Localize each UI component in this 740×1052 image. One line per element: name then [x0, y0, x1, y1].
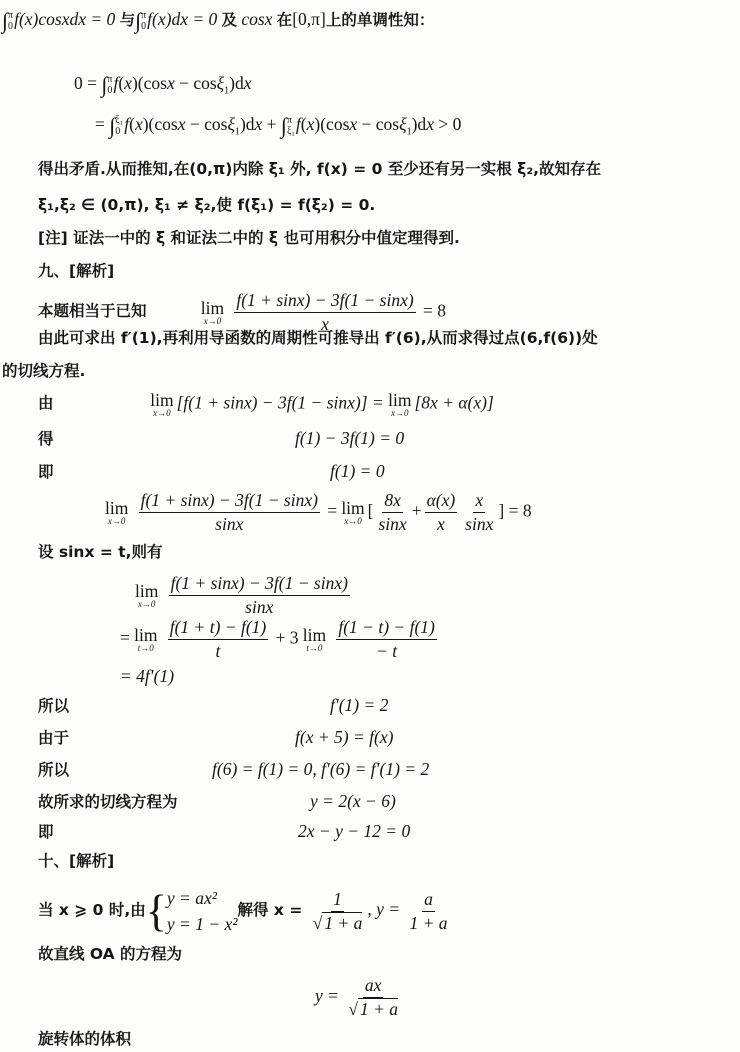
- int-lower: 0: [107, 85, 112, 96]
- label: 由: [38, 394, 146, 413]
- label: 所以: [38, 761, 69, 780]
- fraction: f(1 + sinx) − 3f(1 − sinx)sinx: [139, 490, 320, 535]
- lim-sub: x→0: [344, 516, 362, 527]
- label: 故所求的切线方程为: [38, 793, 178, 812]
- math: f(6) = f(1) = 0, f′(6) = f′(1) = 2: [212, 759, 429, 780]
- numerator: α(x): [425, 490, 458, 513]
- math: [f(1 + sinx) − 3f(1 − sinx)] =: [177, 392, 389, 412]
- fraction: 8xsinx: [376, 490, 408, 535]
- denominator: √1 + a: [311, 912, 365, 934]
- t-limit-1: limx→0 f(1 + sinx) − 3f(1 − sinx)sinx: [135, 573, 353, 618]
- limit: limx→0: [150, 390, 173, 419]
- lim-sub: x→0: [153, 408, 171, 419]
- lim-sub: x→0: [138, 599, 156, 610]
- math: y = 2(x − 6): [310, 791, 396, 812]
- fraction: 1√1 + a: [311, 889, 365, 934]
- big-limit: limx→0 f(1 + sinx) − 3f(1 − sinx)sinx = …: [105, 490, 532, 535]
- numerator: f(1 + sinx) − 3f(1 − sinx): [169, 573, 350, 596]
- text: 解得 x =: [238, 901, 308, 919]
- numerator: f(1 + t) − f(1): [168, 617, 269, 640]
- math: f(x)dx = 0: [147, 9, 217, 29]
- fraction: f(1 + t) − f(1)t: [168, 617, 269, 662]
- denominator: t: [214, 640, 223, 662]
- numerator: ax: [363, 975, 384, 998]
- denominator: sinx: [376, 513, 408, 535]
- int-lower: ξ₁: [287, 126, 295, 137]
- limit: limx→0: [201, 298, 224, 327]
- numerator: f(1 + sinx) − 3f(1 − sinx): [234, 290, 415, 313]
- text: 当 x ⩾ 0 时,由: [38, 901, 146, 919]
- math: f′(1) = 2: [330, 695, 388, 716]
- int-lower: 0: [141, 21, 146, 32]
- paragraph: 旋转体的体积: [38, 1030, 131, 1049]
- label: 即: [38, 823, 54, 842]
- int-upper: π: [287, 115, 295, 126]
- label: 由于: [38, 729, 69, 748]
- radicand: 1 + a: [358, 998, 398, 1019]
- int-upper: ξ₁: [115, 115, 123, 126]
- label: 即: [38, 463, 54, 482]
- limit: limx→0: [341, 498, 364, 527]
- math: = 4f′(1): [120, 666, 174, 687]
- label: 所以: [38, 697, 69, 716]
- lim-sub: x→0: [204, 316, 222, 327]
- fraction: f(1 − t) − f(1)− t: [336, 617, 437, 662]
- denominator: x: [435, 513, 447, 535]
- int-upper: π: [8, 10, 13, 21]
- fraction: a1 + a: [407, 889, 449, 934]
- paragraph: ξ₁,ξ₂ ∈ (0,π), ξ₁ ≠ ξ₂,使 f(ξ₁) = f(ξ₂) =…: [38, 196, 375, 215]
- paragraph: 得出矛盾.从而推知,在(0,π)内除 ξ₁ 外, f(x) = 0 至少还有另一…: [38, 160, 601, 179]
- fraction: xsinx: [463, 490, 495, 535]
- text: 本题相当于已知: [38, 302, 147, 320]
- paragraph: 由此可求出 f′(1),再利用导函数的周期性可推导出 f′(6),从而求得过点(…: [38, 329, 598, 348]
- numerator: 1: [331, 889, 344, 912]
- equation-1: 0 = ∫π0f(x)(cosx − cosξ1)dx: [74, 72, 252, 98]
- sys-eq-1: y = ax²: [167, 885, 238, 911]
- numerator: 8x: [382, 490, 403, 513]
- numerator: x: [473, 490, 485, 513]
- numerator: f(1 − t) − f(1): [336, 617, 437, 640]
- you-line: 由 limx→0[f(1 + sinx) − 3f(1 − sinx)] = l…: [38, 390, 494, 419]
- limit: limx→0: [388, 390, 411, 419]
- lim-sub: x→0: [108, 516, 126, 527]
- fraction: ax√1 + a: [346, 975, 400, 1020]
- text: 及: [222, 11, 238, 29]
- lim-sub: t→0: [138, 643, 154, 654]
- denominator: − t: [374, 640, 399, 662]
- math: ] = 8: [498, 500, 531, 520]
- limit: limt→0: [303, 625, 326, 654]
- int-lower: 0: [8, 21, 13, 32]
- math: , y =: [367, 899, 404, 919]
- math: f(x)cosxdx = 0: [14, 9, 115, 29]
- section-heading-9: 九、[解析]: [38, 262, 114, 281]
- math: cosx: [241, 9, 272, 29]
- denominator: √1 + a: [346, 998, 400, 1020]
- limit: limx→0: [135, 581, 158, 610]
- equation-2: = ∫ξ₁0f(x)(cosx − cosξ1)dx + ∫πξ₁f(x)(co…: [95, 113, 461, 139]
- math: y =: [315, 985, 343, 1005]
- fraction: f(1 + sinx) − 3f(1 − sinx)sinx: [169, 573, 350, 618]
- math: f(x + 5) = f(x): [295, 727, 393, 748]
- s10-system: 当 x ⩾ 0 时,由{y = ax²y = 1 − x²解得 x = 1√1 …: [38, 885, 453, 938]
- sys-eq-2: y = 1 − x²: [167, 911, 238, 937]
- text: 与: [120, 11, 136, 29]
- paragraph: 故直线 OA 的方程为: [38, 945, 182, 964]
- brace: {: [146, 886, 167, 935]
- paragraph: 的切线方程.: [2, 362, 85, 381]
- intro-line: ∫π0f(x)cosxdx = 0 与∫π0f(x)dx = 0 及 cosx …: [2, 8, 434, 34]
- paragraph: 设 sinx = t,则有: [38, 543, 163, 562]
- int-lower: 0: [115, 126, 123, 137]
- note: [注] 证法一中的 ξ 和证法二中的 ξ 也可用积分中值定理得到.: [38, 229, 460, 248]
- numerator: a: [422, 889, 435, 912]
- radicand: 1 + a: [322, 912, 362, 933]
- fraction: α(x)x: [425, 490, 458, 535]
- limit: limt→0: [134, 625, 157, 654]
- int-upper: π: [107, 74, 112, 85]
- math: 2x − y − 12 = 0: [298, 821, 410, 842]
- t-limit-2: = limt→0 f(1 + t) − f(1)t + 3 limt→0 f(1…: [120, 617, 440, 662]
- denominator: sinx: [213, 513, 245, 535]
- math: [0,π]: [292, 9, 326, 29]
- math: f(1) − 3f(1) = 0: [295, 428, 404, 449]
- lim-sub: t→0: [306, 643, 322, 654]
- section-heading-10: 十、[解析]: [38, 852, 114, 871]
- numerator: f(1 + sinx) − 3f(1 − sinx): [139, 490, 320, 513]
- oa-equation: y = ax√1 + a: [315, 975, 403, 1020]
- denominator: sinx: [463, 513, 495, 535]
- lim-sub: x→0: [391, 408, 409, 419]
- text: 在: [277, 11, 293, 29]
- label: 得: [38, 430, 54, 449]
- math: [8x + α(x)]: [414, 392, 493, 412]
- denominator: sinx: [243, 596, 275, 618]
- equation-system: y = ax²y = 1 − x²: [167, 885, 238, 938]
- limit: limx→0: [105, 498, 128, 527]
- text: 上的单调性知：: [326, 11, 435, 29]
- denominator: 1 + a: [407, 912, 449, 934]
- math: = 8: [423, 300, 446, 320]
- int-upper: π: [141, 10, 146, 21]
- math: f(1) = 0: [330, 461, 385, 482]
